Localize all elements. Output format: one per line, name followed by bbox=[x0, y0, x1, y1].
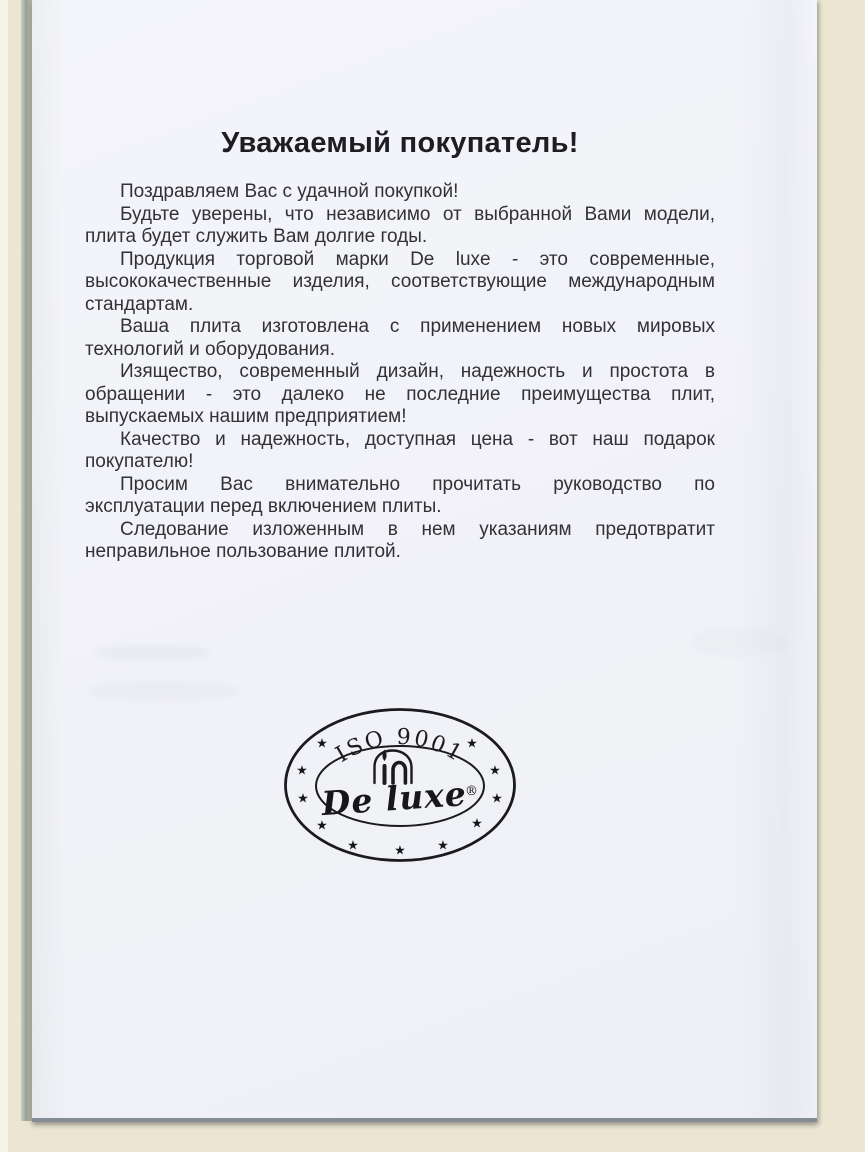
paragraph: Ваша плита изготовлена с применением нов… bbox=[85, 316, 715, 361]
text-line: Просим Вас внимательно прочитать руковод… bbox=[85, 474, 715, 497]
text-line: выпускаемых нашим предприятием! bbox=[85, 406, 715, 429]
text-line: технологий и оборудования. bbox=[85, 339, 715, 362]
paragraph: Поздравляем Вас с удачной покупкой! bbox=[85, 181, 715, 204]
star-icon: ★ bbox=[466, 736, 478, 751]
text-line: Продукция торговой марки De luxe - это с… bbox=[85, 249, 715, 272]
paragraph: Просим Вас внимательно прочитать руковод… bbox=[85, 474, 715, 519]
star-icon: ★ bbox=[347, 838, 359, 853]
paragraph: Будьте уверены, что независимо от выбран… bbox=[85, 204, 715, 249]
star-icon: ★ bbox=[471, 816, 483, 831]
paragraph: Изящество, современный дизайн, надежност… bbox=[85, 361, 715, 429]
text-line: Поздравляем Вас с удачной покупкой! bbox=[85, 181, 715, 204]
star-icon: ★ bbox=[437, 838, 449, 853]
text-line: Следование изложенным в нем указаниям пр… bbox=[85, 519, 715, 542]
star-icon: ★ bbox=[491, 791, 503, 806]
paragraph: Следование изложенным в нем указаниям пр… bbox=[85, 519, 715, 564]
paragraph: Качество и надежность, доступная цена - … bbox=[85, 429, 715, 474]
text-line: Изящество, современный дизайн, надежност… bbox=[85, 361, 715, 384]
registered-trademark-symbol: ® bbox=[465, 784, 478, 799]
scan-edge-strip bbox=[0, 0, 8, 1152]
body-text: Поздравляем Вас с удачной покупкой!Будьт… bbox=[85, 181, 715, 564]
page-title: Уважаемый покупатель! bbox=[85, 126, 715, 160]
star-icon: ★ bbox=[394, 843, 406, 858]
booklet-spine-shadow bbox=[21, 0, 32, 1121]
text-line: стандартам. bbox=[85, 294, 715, 317]
text-line: покупателю! bbox=[85, 451, 715, 474]
text-line: высококачественные изделия, соответствую… bbox=[85, 271, 715, 294]
deluxe-iso-logo: ISO 9001 ★ ★ ★ ★ ★ ★ ★ ★ ★ ★ ★ De luxe ® bbox=[282, 706, 518, 864]
scan-artifact bbox=[692, 628, 787, 656]
text-line: обращении - это далеко не последние преи… bbox=[85, 384, 715, 407]
scan-artifact bbox=[95, 645, 210, 661]
text-line: неправильное пользование плитой. bbox=[85, 541, 715, 564]
text-line: Качество и надежность, доступная цена - … bbox=[85, 429, 715, 452]
star-icon: ★ bbox=[296, 763, 308, 778]
scan-artifact bbox=[88, 681, 238, 701]
text-line: Будьте уверены, что независимо от выбран… bbox=[85, 204, 715, 227]
manual-page: Уважаемый покупатель! Поздравляем Вас с … bbox=[32, 0, 817, 1122]
text-line: эксплуатации перед включением плиты. bbox=[85, 496, 715, 519]
star-icon: ★ bbox=[316, 736, 328, 751]
page-content: Уважаемый покупатель! Поздравляем Вас с … bbox=[85, 0, 715, 564]
star-icon: ★ bbox=[489, 763, 501, 778]
text-line: Ваша плита изготовлена с применением нов… bbox=[85, 316, 715, 339]
text-line: плита будет служить Вам долгие годы. bbox=[85, 226, 715, 249]
star-icon: ★ bbox=[297, 791, 309, 806]
paragraph: Продукция торговой марки De luxe - это с… bbox=[85, 249, 715, 317]
deluxe-wordmark: De luxe bbox=[319, 774, 468, 823]
